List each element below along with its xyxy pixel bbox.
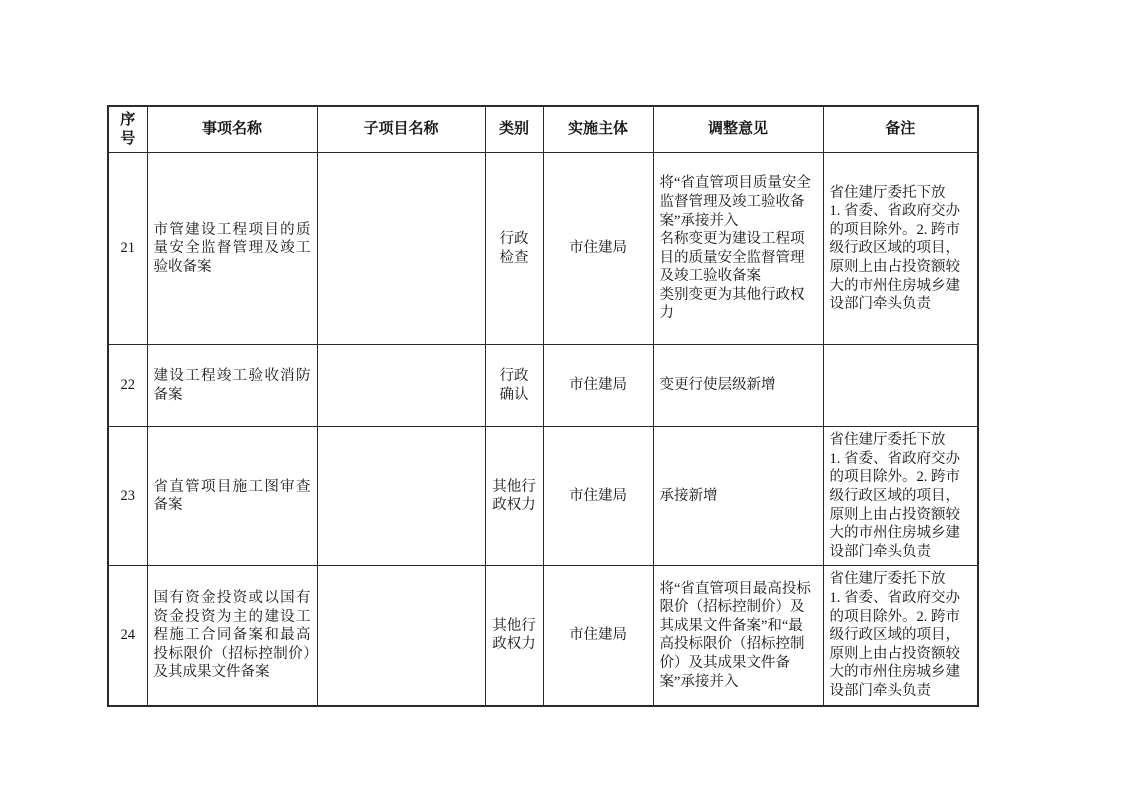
category-line: 政权力: [492, 496, 537, 515]
header-adjustment: 调整意见: [653, 106, 823, 153]
adjustment-cell: 承接新增: [653, 427, 823, 566]
implementer-cell: 市住建局: [543, 427, 653, 566]
category-cell: 行政 确认: [485, 345, 543, 427]
table-row: 24 国有资金投资或以国有资金投资为主的建设工程施工合同备案和最高投标限价（招标…: [108, 566, 978, 706]
category-line: 政权力: [492, 635, 537, 654]
adjustment-paragraph: 名称变更为建设工程项目的质量安全监督管理及竣工验收备案: [660, 230, 817, 286]
adjustment-paragraph: 承接新增: [660, 487, 817, 506]
implementer-cell: 市住建局: [543, 566, 653, 706]
implementer-cell: 市住建局: [543, 153, 653, 345]
table-row: 23 省直管项目施工图审查备案 其他行 政权力 市住建局 承接新增 省住建厅委托…: [108, 427, 978, 566]
subproject-cell: [317, 427, 485, 566]
adjustment-cell: 将“省直管项目最高投标限价（招标控制价）及其成果文件备案”和“最高投标限价（招标…: [653, 566, 823, 706]
item-name-cell: 省直管项目施工图审查备案: [147, 427, 317, 566]
implementer-cell: 市住建局: [543, 345, 653, 427]
remark-cell: 省住建厅委托下放 1. 省委、省政府交办的项目除外。2. 跨市级行政区域的项目，…: [823, 566, 978, 706]
document-page: 序号 事项名称 子项目名称 类别 实施主体 调整意见 备注 21 市管建设工程项…: [0, 0, 1122, 793]
header-category: 类别: [485, 106, 543, 153]
admin-items-table: 序号 事项名称 子项目名称 类别 实施主体 调整意见 备注 21 市管建设工程项…: [107, 105, 979, 707]
seq-cell: 23: [108, 427, 147, 566]
remark-paragraph: 1. 省委、省政府交办的项目除外。2. 跨市级行政区域的项目，原则上由占投资额较…: [830, 589, 972, 701]
category-cell: 其他行 政权力: [485, 566, 543, 706]
remark-paragraph: 省住建厅委托下放: [830, 431, 972, 450]
adjustment-paragraph: 变更行使层级新增: [660, 376, 817, 395]
item-name-cell: 建设工程竣工验收消防备案: [147, 345, 317, 427]
adjustment-cell: 将“省直管项目质量安全监督管理及竣工验收备案”承接并入 名称变更为建设工程项目的…: [653, 153, 823, 345]
subproject-cell: [317, 153, 485, 345]
subproject-cell: [317, 345, 485, 427]
table-row: 21 市管建设工程项目的质量安全监督管理及竣工验收备案 行政 检查 市住建局 将…: [108, 153, 978, 345]
seq-cell: 24: [108, 566, 147, 706]
header-implementer: 实施主体: [543, 106, 653, 153]
header-item-name: 事项名称: [147, 106, 317, 153]
seq-cell: 22: [108, 345, 147, 427]
table-row: 22 建设工程竣工验收消防备案 行政 确认 市住建局 变更行使层级新增: [108, 345, 978, 427]
subproject-cell: [317, 566, 485, 706]
seq-cell: 21: [108, 153, 147, 345]
adjustment-paragraph: 将“省直管项目质量安全监督管理及竣工验收备案”承接并入: [660, 174, 817, 230]
remark-paragraph: 省住建厅委托下放: [830, 570, 972, 589]
category-line: 确认: [492, 386, 537, 405]
header-seq: 序号: [108, 106, 147, 153]
adjustment-cell: 变更行使层级新增: [653, 345, 823, 427]
remark-paragraph: 1. 省委、省政府交办的项目除外。2. 跨市级行政区域的项目，原则上由占投资额较…: [830, 450, 972, 562]
remark-paragraph: 省住建厅委托下放: [830, 184, 972, 203]
remark-paragraph: 1. 省委、省政府交办的项目除外。2. 跨市级行政区域的项目，原则上由占投资额较…: [830, 202, 972, 314]
adjustment-paragraph: 将“省直管项目最高投标限价（招标控制价）及其成果文件备案”和“最高投标限价（招标…: [660, 580, 817, 692]
remark-cell: 省住建厅委托下放 1. 省委、省政府交办的项目除外。2. 跨市级行政区域的项目，…: [823, 153, 978, 345]
category-cell: 其他行 政权力: [485, 427, 543, 566]
category-cell: 行政 检查: [485, 153, 543, 345]
remark-cell: [823, 345, 978, 427]
adjustment-paragraph: 类别变更为其他行政权力: [660, 286, 817, 323]
category-line: 其他行: [492, 617, 537, 636]
remark-cell: 省住建厅委托下放 1. 省委、省政府交办的项目除外。2. 跨市级行政区域的项目，…: [823, 427, 978, 566]
table-header-row: 序号 事项名称 子项目名称 类别 实施主体 调整意见 备注: [108, 106, 978, 153]
category-line: 行政: [492, 230, 537, 249]
item-name-cell: 国有资金投资或以国有资金投资为主的建设工程施工合同备案和最高投标限价（招标控制价…: [147, 566, 317, 706]
item-name-cell: 市管建设工程项目的质量安全监督管理及竣工验收备案: [147, 153, 317, 345]
header-remark: 备注: [823, 106, 978, 153]
header-subproject: 子项目名称: [317, 106, 485, 153]
category-line: 行政: [492, 367, 537, 386]
category-line: 检查: [492, 249, 537, 268]
category-line: 其他行: [492, 478, 537, 497]
